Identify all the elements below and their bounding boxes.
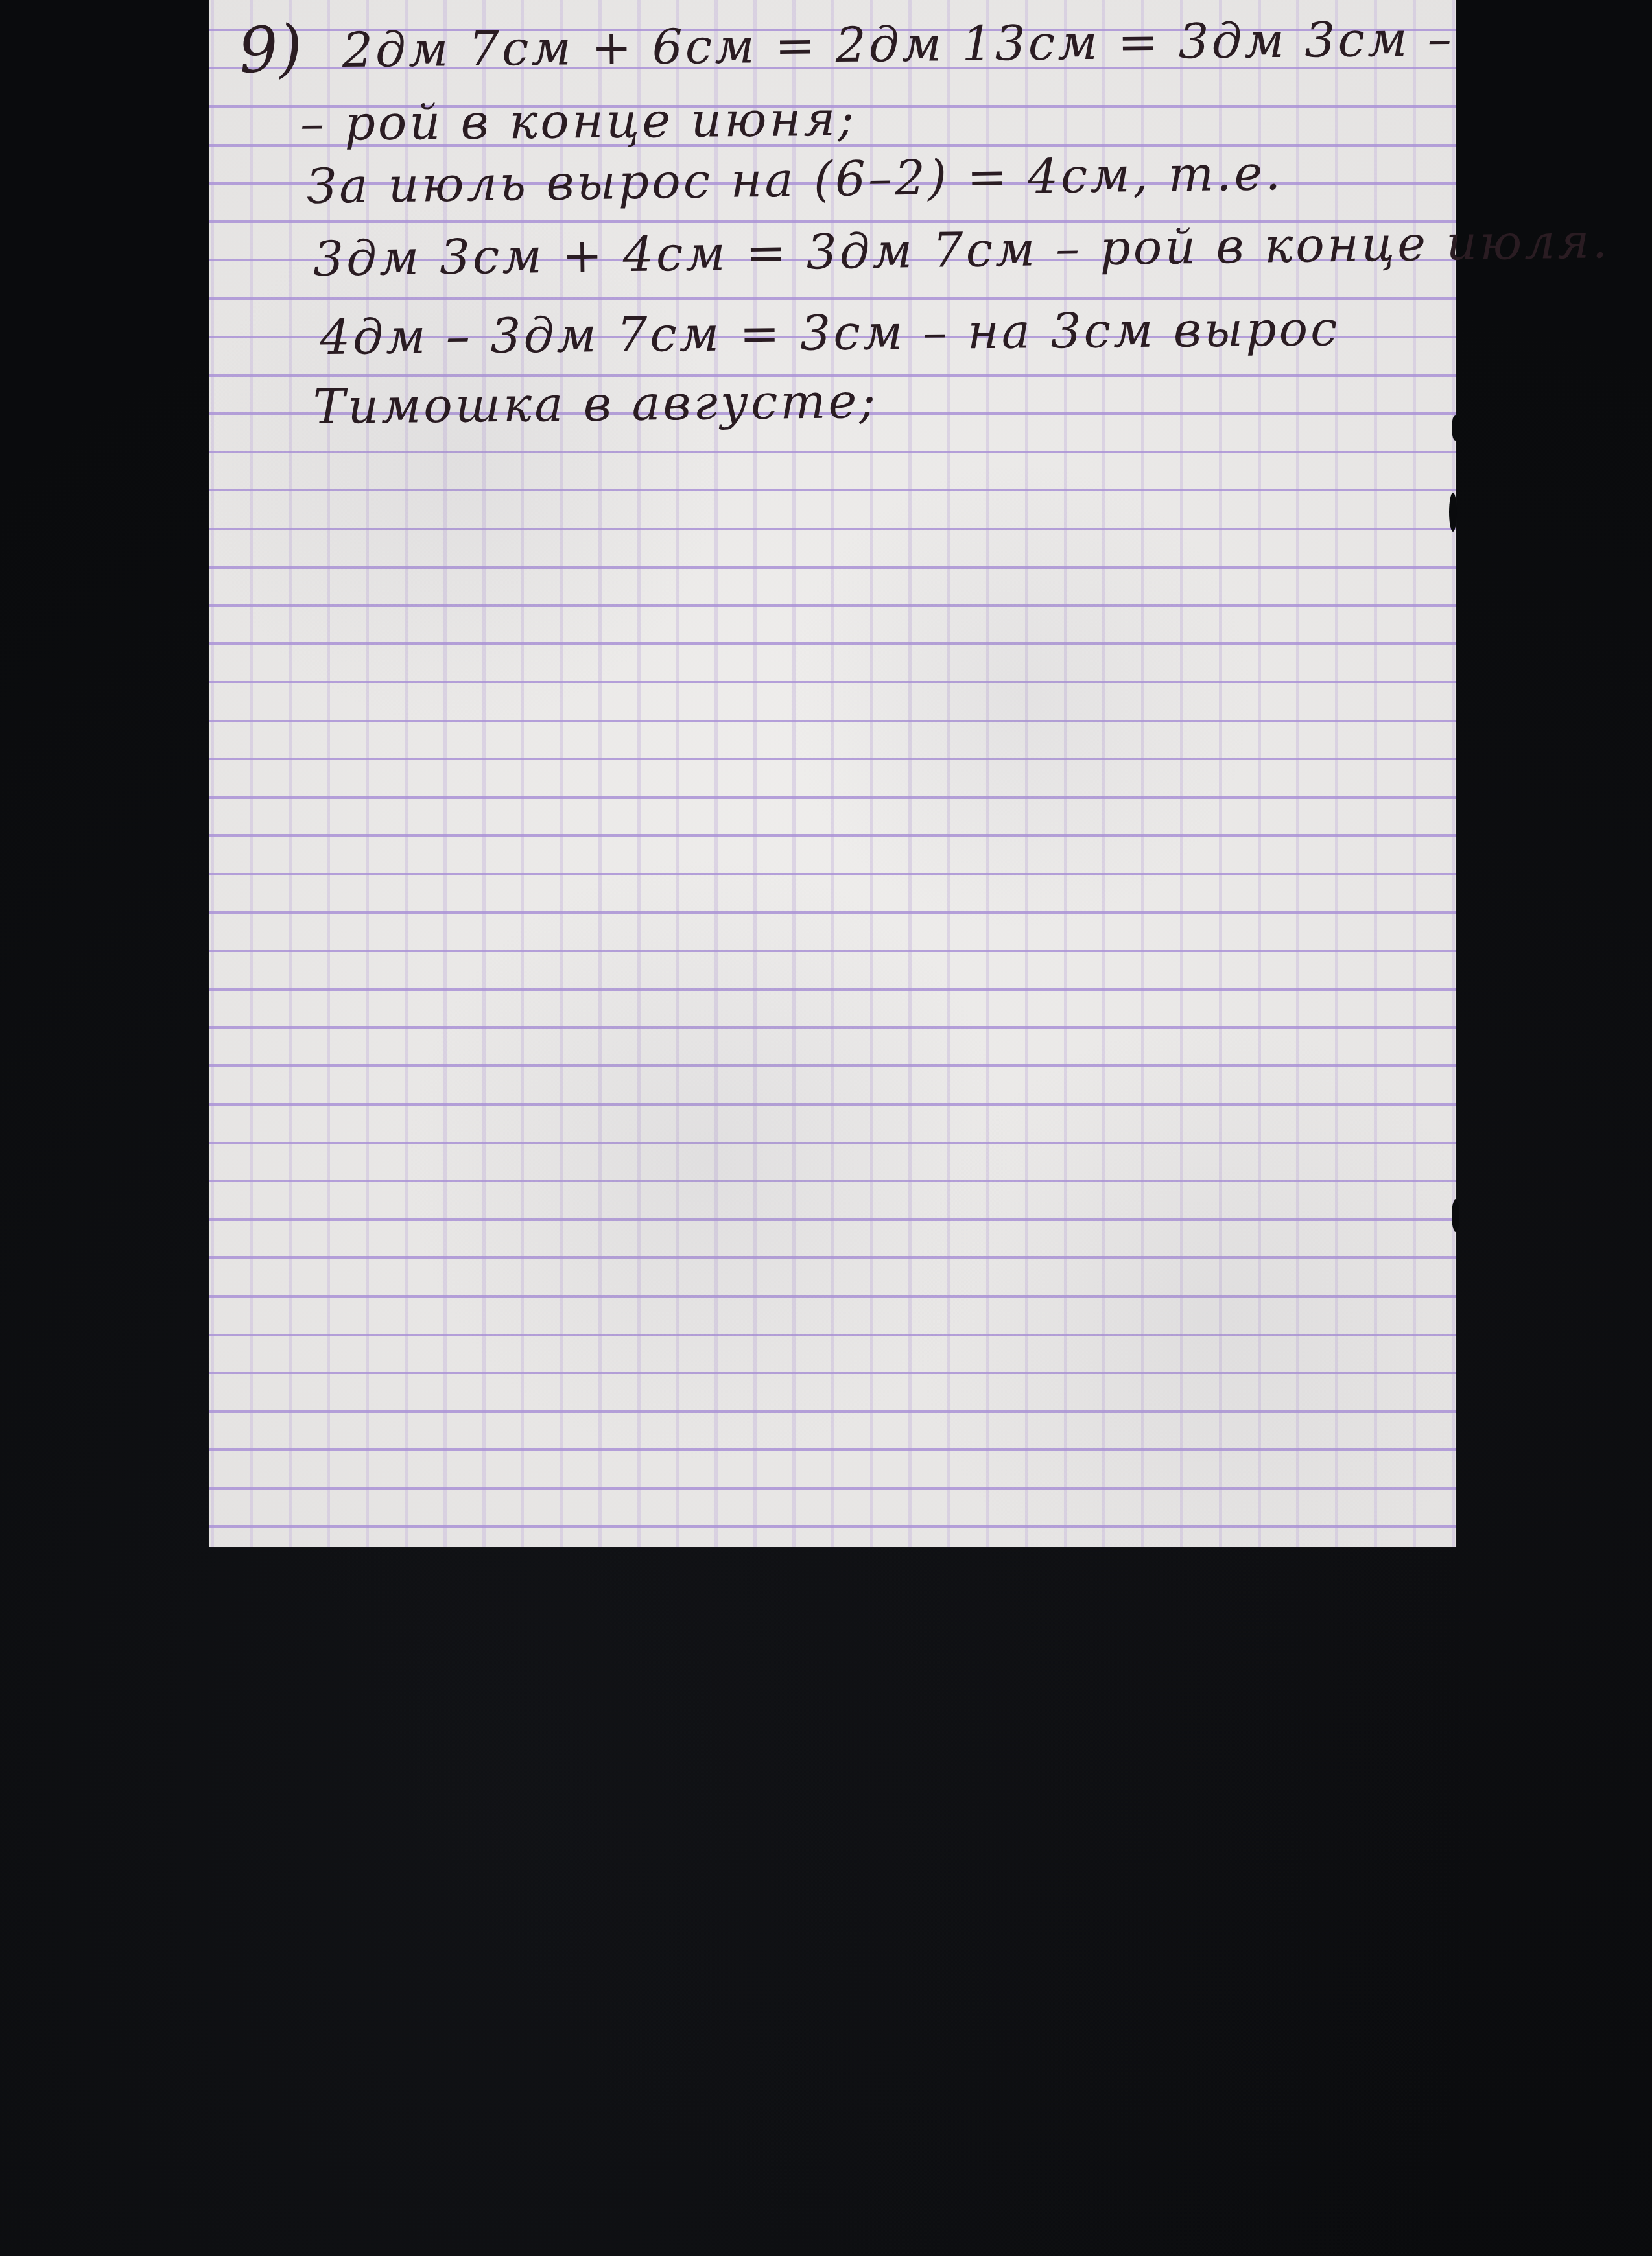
solution-line-4: 3дм 3см + 4см = 3дм 7см – рой в конце ию…	[313, 213, 1610, 287]
solution-line-6: Тимошка в августе;	[313, 373, 879, 435]
torn-edge-notch	[1452, 415, 1459, 441]
solution-line-5: 4дм – 3дм 7см = 3см – на 3см вырос	[320, 301, 1340, 366]
problem-number: 9)	[236, 11, 305, 88]
torn-edge-notch	[1449, 493, 1457, 532]
solution-line-1: 2дм 7см + 6см = 2дм 13см = 3дм 3см –	[342, 11, 1455, 78]
solution-line-3: За июль вырос на (6–2) = 4см, т.е.	[306, 145, 1283, 215]
solution-line-2: – рой в конце июня;	[300, 91, 857, 152]
notebook-page: 9) 2дм 7см + 6см = 2дм 13см = 3дм 3см – …	[209, 0, 1456, 1547]
torn-edge-notch	[1452, 1199, 1459, 1232]
